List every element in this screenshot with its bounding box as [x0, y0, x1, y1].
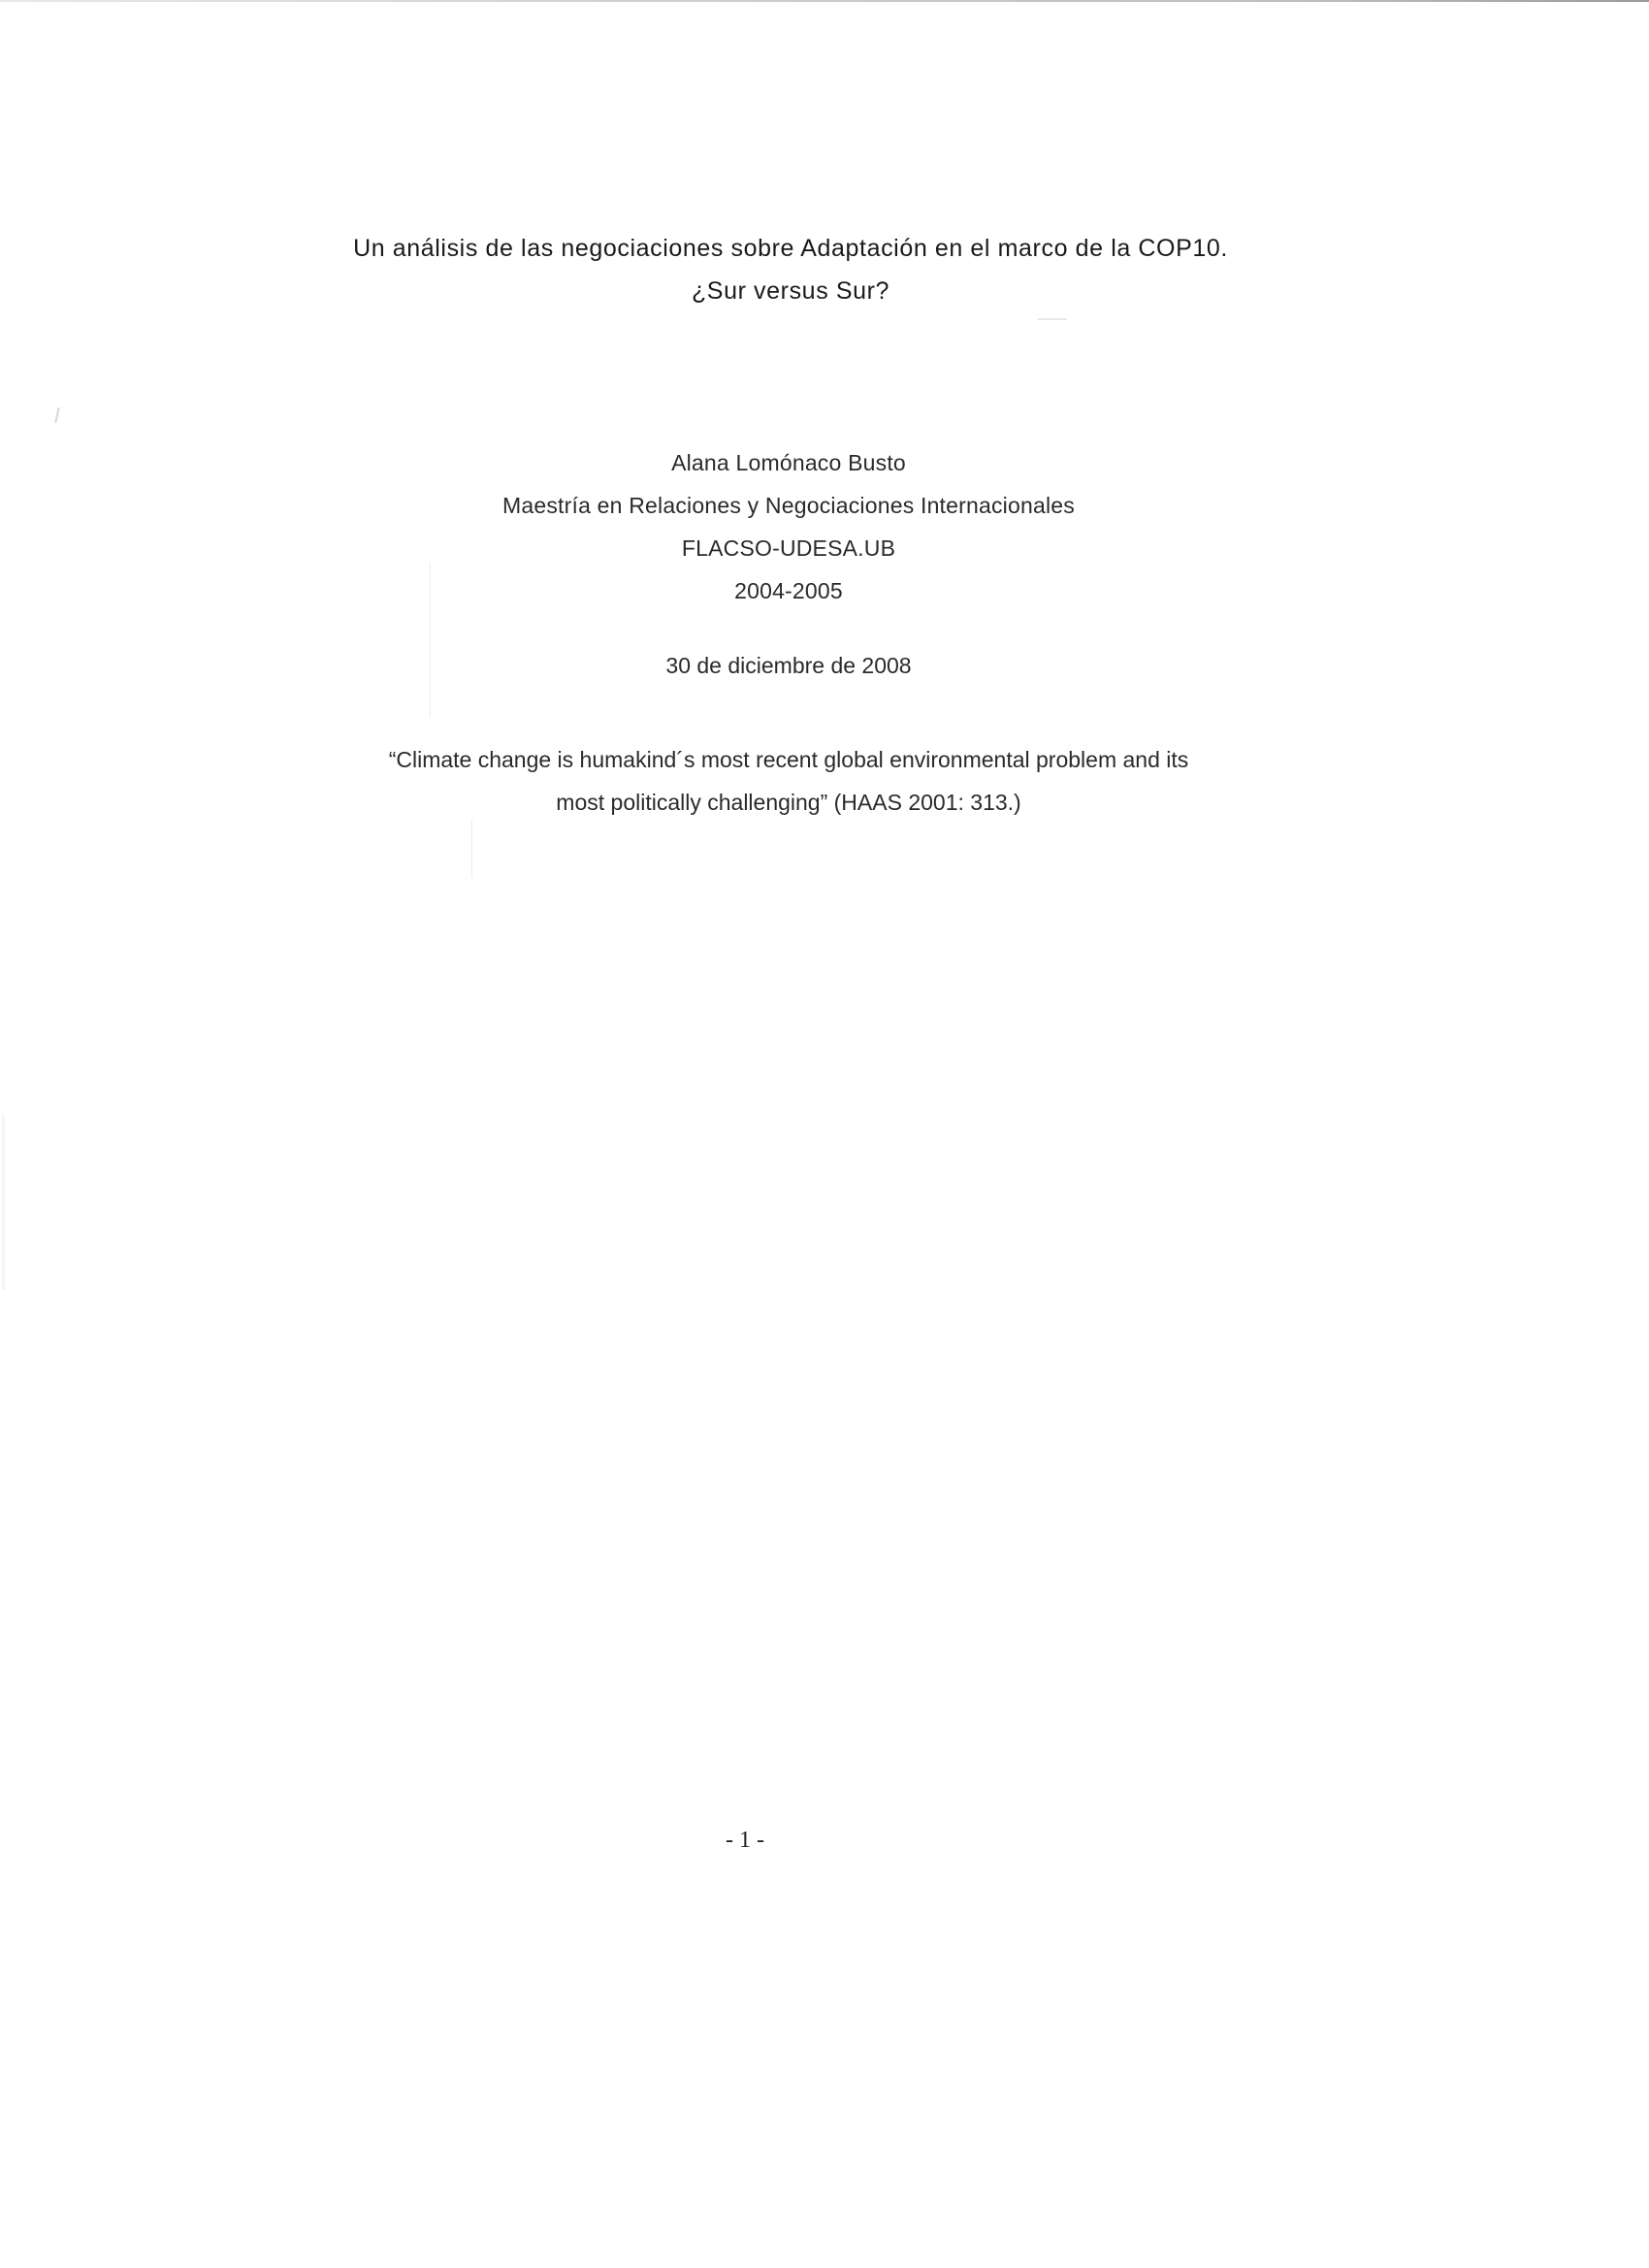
- scan-mark: [471, 820, 472, 878]
- program-years: 2004-2005: [0, 569, 1577, 612]
- title-line-2: ¿Sur versus Sur?: [0, 270, 1581, 312]
- epigraph-line-2: most politically challenging” (HAAS 2001…: [0, 781, 1577, 824]
- document-page: Un análisis de las negociaciones sobre A…: [0, 0, 1649, 2268]
- document-title: Un análisis de las negociaciones sobre A…: [0, 227, 1581, 312]
- program-name: Maestría en Relaciones y Negociaciones I…: [0, 484, 1577, 527]
- author-info: Alana Lomónaco Busto Maestría en Relacio…: [0, 441, 1577, 612]
- epigraph-line-1: “Climate change is humakind´s most recen…: [0, 738, 1577, 781]
- document-date: 30 de diciembre de 2008: [0, 653, 1577, 679]
- scan-mark: [430, 563, 431, 718]
- epigraph: “Climate change is humakind´s most recen…: [0, 738, 1577, 824]
- title-line-1: Un análisis de las negociaciones sobre A…: [0, 227, 1581, 270]
- author-name: Alana Lomónaco Busto: [0, 441, 1577, 484]
- scan-mark: [1038, 318, 1067, 320]
- institution-name: FLACSO-UDESA.UB: [0, 527, 1577, 569]
- scan-mark: [54, 407, 59, 423]
- page-number: - 1 -: [0, 1828, 1490, 1854]
- scan-mark: [2, 1116, 5, 1290]
